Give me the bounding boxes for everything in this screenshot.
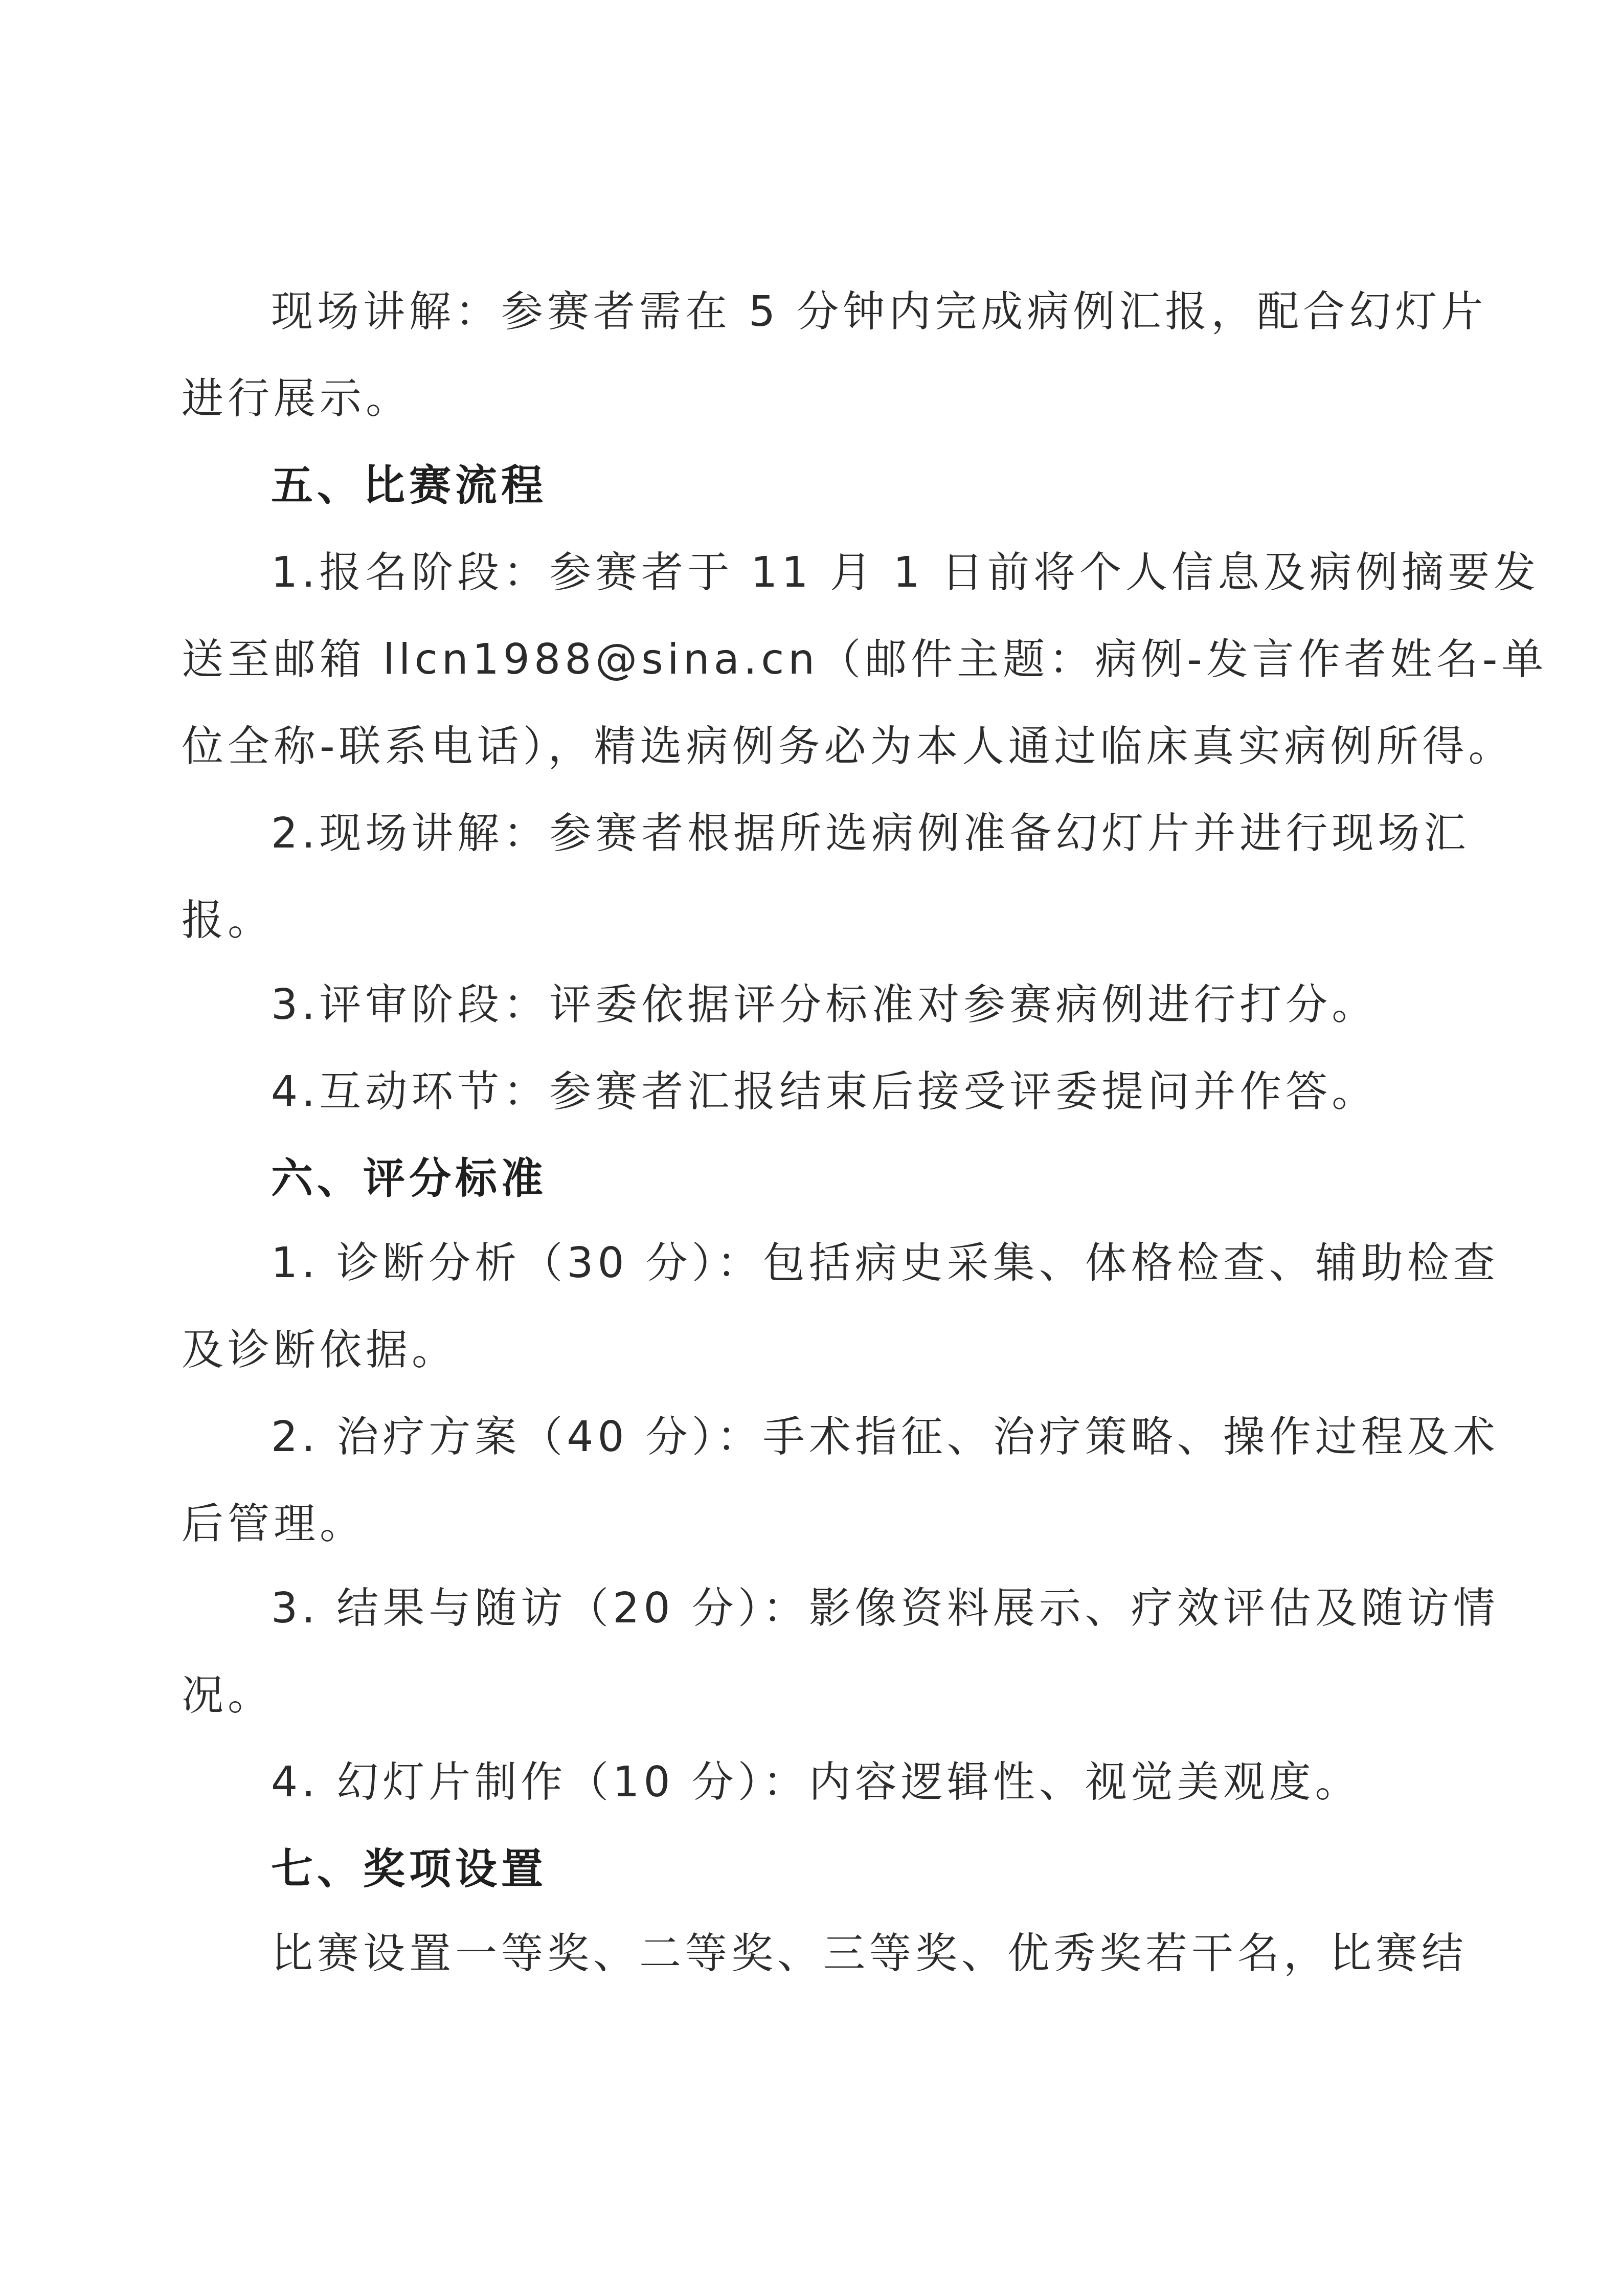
paragraph-line: 进行展示。 [182,373,412,425]
section-heading-5: 五、比赛流程 [271,460,547,511]
paragraph-line: 送至邮箱 llcn1988@sina.cn（邮件主题：病例-发言作者姓名-单 [182,634,1547,685]
paragraph-line: 4. 幻灯片制作（10 分）：内容逻辑性、视觉美观度。 [271,1757,1361,1808]
paragraph-line: 及诊断依据。 [182,1325,458,1376]
paragraph-line: 现场讲解：参赛者需在 5 分钟内完成病例汇报，配合幻灯片 [271,286,1487,338]
document-page: 现场讲解：参赛者需在 5 分钟内完成病例汇报，配合幻灯片 进行展示。 五、比赛流… [0,0,1623,2296]
paragraph-line: 1. 诊断分析（30 分）：包括病史采集、体格检查、辅助检查 [271,1238,1499,1289]
section-heading-7: 七、奖项设置 [271,1844,547,1895]
paragraph-line: 1.报名阶段：参赛者于 11 月 1 日前将个人信息及病例摘要发 [271,547,1540,598]
paragraph-line: 2. 治疗方案（40 分）：手术指征、治疗策略、操作过程及术 [271,1412,1499,1463]
paragraph-line: 后管理。 [182,1499,366,1550]
paragraph-line: 报。 [182,895,274,946]
paragraph-line: 4.互动环节：参赛者汇报结束后接受评委提问并作答。 [271,1066,1378,1118]
paragraph-line: 况。 [182,1670,274,1721]
paragraph-line: 3. 结果与随访（20 分）：影像资料展示、疗效评估及随访情 [271,1583,1499,1634]
paragraph-line: 位全称-联系电话），精选病例务必为本人通过临床真实病例所得。 [182,721,1515,772]
paragraph-line: 3.评审阶段：评委依据评分标准对参赛病例进行打分。 [271,979,1378,1031]
paragraph-line: 比赛设置一等奖、二等奖、三等奖、优秀奖若干名，比赛结 [271,1928,1468,1979]
section-heading-6: 六、评分标准 [271,1153,547,1205]
paragraph-line: 2.现场讲解：参赛者根据所选病例准备幻灯片并进行现场汇 [271,808,1470,859]
